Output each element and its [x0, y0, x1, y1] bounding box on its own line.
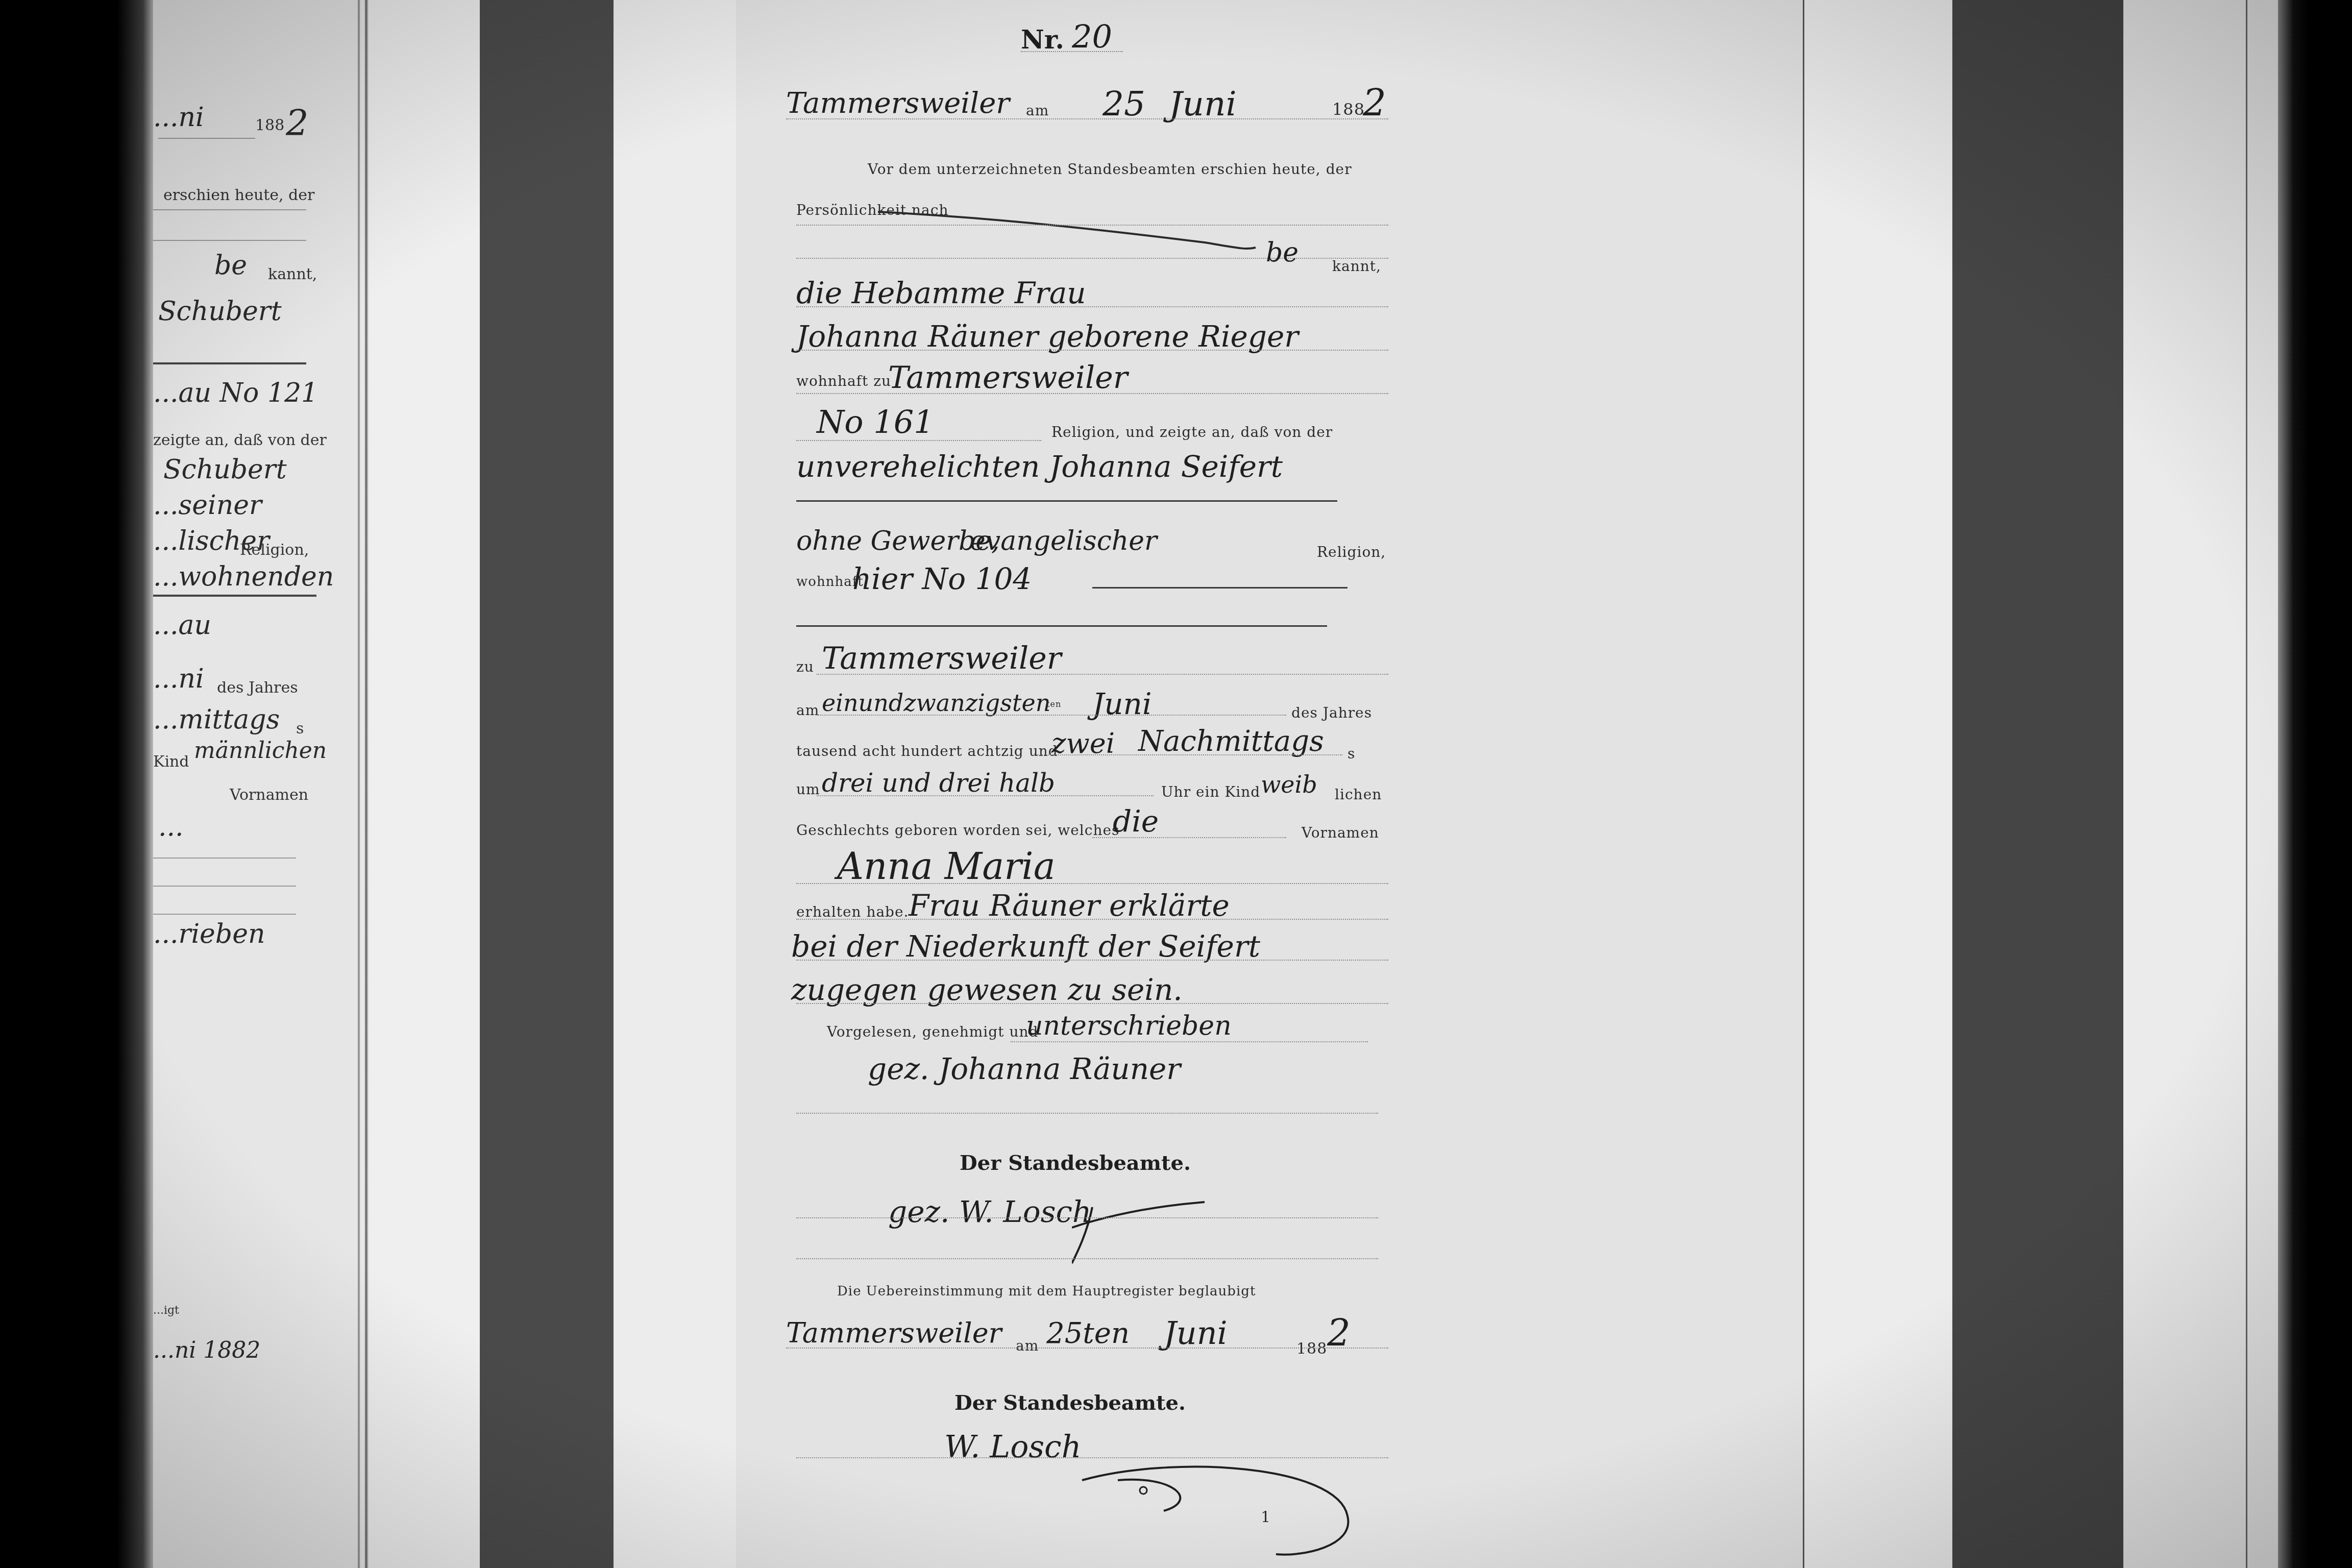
time-rule	[817, 795, 1154, 797]
informant-line-1: die Hebamme Frau	[796, 276, 1086, 310]
remark-rule-1	[796, 919, 1388, 921]
left-rule	[153, 914, 296, 915]
time-of-day: Nachmittags	[1138, 725, 1324, 758]
page-number: 1	[1261, 1508, 1271, 1526]
mother-name: unverehelichten Johanna Seifert	[796, 449, 1283, 484]
signature-flourish-2	[1072, 1460, 1378, 1562]
certification-text: Die Uebereinstimmung mit dem Hauptregist…	[837, 1284, 1256, 1299]
residence-label: wohnhaft zu	[796, 373, 891, 389]
official-signature-2: W. Losch	[944, 1429, 1081, 1465]
mother-residence: hier No 104	[852, 561, 1032, 596]
paper-gap	[614, 0, 736, 1568]
birth-record-form: Nr. 20 Tammersweiler am 25 Juni 188 2 Vo…	[786, 0, 1424, 1568]
cert-day: 25ten	[1046, 1317, 1130, 1350]
approved-rule	[1011, 1041, 1368, 1043]
left-hw-place: ...au	[153, 610, 211, 641]
official-signature: gez. W. Losch	[888, 1194, 1091, 1229]
vornamen-rule	[1092, 837, 1286, 839]
left-rule	[153, 886, 296, 887]
paper-gap	[1804, 0, 1952, 1568]
house-rule	[796, 440, 1041, 442]
known-printed: kannt,	[1332, 258, 1381, 275]
left-hw-signed: ...rieben	[153, 919, 265, 949]
identity-rule	[796, 225, 1388, 227]
left-hw-gender: männlichen	[194, 738, 327, 764]
remark-line-3: zugegen gewesen zu sein.	[791, 972, 1183, 1007]
registration-month: Juni	[1169, 84, 1237, 124]
cert-month: Juni	[1164, 1314, 1228, 1352]
child-names-rule	[796, 883, 1388, 885]
mother-rule	[796, 500, 1337, 503]
birth-day-suffix: ten	[1046, 699, 1061, 709]
left-rule	[153, 857, 296, 859]
paper-gap	[2247, 0, 2278, 1568]
entry-number: 20	[1072, 18, 1112, 55]
cert-place: Tammersweiler	[786, 1317, 1001, 1349]
left-printed-erschien: erschien heute, der	[163, 186, 314, 204]
dark-band-left	[480, 0, 614, 1568]
date-rule	[786, 118, 1388, 120]
left-printed-s: s	[296, 720, 304, 738]
residence-rule	[796, 393, 1388, 395]
cert-am: am	[1016, 1337, 1039, 1354]
official-rule-2	[796, 1258, 1378, 1260]
left-hw-residence: ...wohnenden	[153, 561, 334, 592]
page-border-rule-left	[357, 0, 369, 1568]
birth-day-rule	[817, 715, 1286, 717]
residence-place: Tammersweiler	[888, 360, 1128, 396]
entry-label: Nr.	[1021, 24, 1064, 55]
known-hw: be	[1266, 237, 1298, 268]
left-hw-name: Schubert	[158, 296, 282, 327]
registration-year-prefix: 188	[1332, 100, 1365, 119]
left-section-rule	[153, 362, 306, 364]
mother-occupation: ohne Gewerbe,	[796, 526, 1000, 556]
left-printed-zeigte: zeigte an, daß von der	[153, 431, 327, 449]
informant-line-2: Johanna Räuner geborene Rieger	[796, 319, 1298, 354]
intro-text: Vor dem unterzeichneten Standesbeamten e…	[868, 161, 1352, 178]
left-hw-known: be	[214, 250, 247, 281]
left-printed-des-jahres: des Jahres	[217, 679, 298, 697]
left-year-prefix: 188	[255, 116, 284, 134]
left-footer-label: ...igt	[153, 1304, 179, 1317]
left-hw-time: ...mittags	[153, 704, 280, 735]
birth-day-label: am	[796, 702, 819, 719]
signature-rule	[796, 1113, 1378, 1115]
gender-hw: weib	[1261, 771, 1317, 798]
official-rule	[796, 1217, 1378, 1219]
left-hw-month: ...ni	[153, 102, 204, 133]
left-section-rule	[153, 595, 316, 597]
religion-statement: Religion, und zeigte an, daß von der	[1051, 424, 1333, 440]
year-text: tausend acht hundert achtzig und	[796, 743, 1058, 759]
left-hw-given: ...	[158, 812, 184, 842]
official-title: Der Standesbeamte.	[960, 1151, 1191, 1175]
time-hw: drei und drei halb	[822, 768, 1055, 798]
left-printed-religion: Religion,	[240, 541, 309, 559]
left-footer-hw: ...ni 1882	[153, 1337, 260, 1363]
birth-day: einundzwanzigsten	[822, 689, 1050, 717]
left-printed-kind: Kind	[153, 753, 189, 771]
section-rule	[796, 625, 1327, 628]
remark-rule-2	[796, 960, 1388, 962]
birth-place-rule	[817, 674, 1388, 676]
left-printed-kannt: kannt,	[268, 265, 317, 283]
signature-flourish	[1072, 1197, 1225, 1268]
informant-rule	[796, 306, 1388, 308]
registration-place: Tammersweiler	[786, 87, 1010, 120]
remark-line-1: Frau Räuner erklärte	[909, 888, 1230, 923]
birth-place: Tammersweiler	[822, 641, 1061, 676]
left-rule	[153, 209, 306, 210]
gender-suffix: lichen	[1335, 786, 1382, 803]
paper-gap	[2123, 0, 2246, 1568]
cert-rule	[786, 1347, 1388, 1350]
remark-rule-3	[796, 1003, 1388, 1005]
am-label: am	[1026, 102, 1049, 119]
birth-place-label: zu	[796, 658, 814, 675]
house-number: No 161	[817, 403, 934, 440]
religion-word: Religion,	[1317, 544, 1386, 560]
film-edge-left	[0, 0, 153, 1568]
dark-band-right	[1952, 0, 2123, 1568]
erhalten-label: erhalten habe.	[796, 903, 909, 920]
year-rule	[1036, 754, 1342, 756]
left-hw-house: ...au No 121	[153, 378, 318, 408]
final-rule	[796, 1457, 1388, 1459]
identity-rule-2	[796, 258, 1388, 260]
mother-religion: evangelischer	[970, 526, 1157, 556]
vornamen-label: Vornamen	[1302, 824, 1379, 841]
read-approved-hw: unterschrieben	[1026, 1011, 1232, 1041]
previous-page-strip	[153, 0, 357, 1568]
left-hw-father: Schubert	[163, 454, 287, 485]
remark-line-2: bei der Niederkunft der Seifert	[791, 929, 1260, 964]
die-hw: die	[1113, 804, 1159, 839]
left-rule	[153, 240, 306, 241]
left-printed-vornamen: Vornamen	[230, 786, 308, 804]
film-edge-right	[2278, 0, 2352, 1568]
informant-rule-2	[796, 350, 1388, 352]
child-given-names: Anna Maria	[837, 845, 1056, 888]
time-suffix: s	[1347, 745, 1355, 762]
uhr-kind: Uhr ein Kind	[1161, 783, 1260, 800]
left-rule	[158, 138, 255, 139]
paper-gap	[369, 0, 480, 1568]
entry-rule	[1021, 51, 1123, 53]
registration-day: 25	[1102, 84, 1145, 124]
official-title-2: Der Standesbeamte.	[954, 1391, 1186, 1415]
geschlecht-text: Geschlechts geboren worden sei, welches	[796, 822, 1119, 839]
left-hw-wife: ...seiner	[153, 490, 262, 521]
left-year-suffix: 2	[286, 102, 309, 144]
read-approved-label: Vorgelesen, genehmigt und	[827, 1023, 1038, 1040]
informant-signature: gez. Johanna Räuner	[868, 1051, 1181, 1086]
left-hw-month2: ...ni	[153, 664, 204, 694]
des-jahres: des Jahres	[1291, 704, 1372, 721]
mother-residence-rule	[1092, 587, 1347, 590]
